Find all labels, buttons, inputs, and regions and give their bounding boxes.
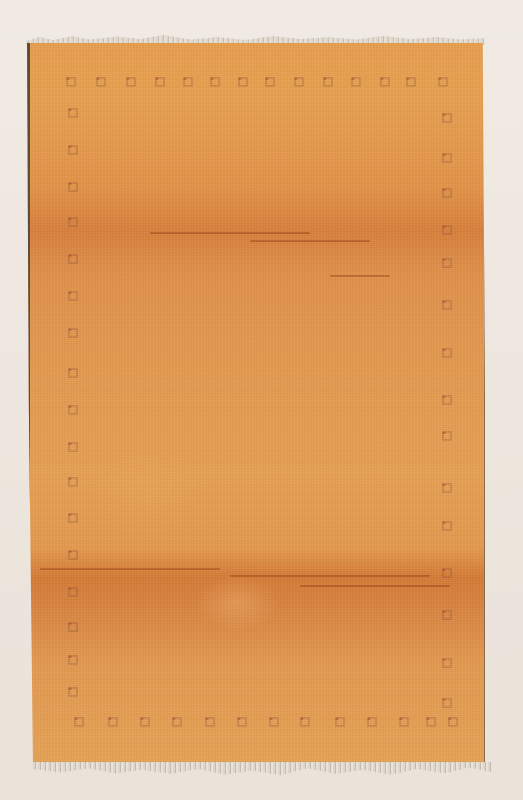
square-motif-top <box>67 78 76 87</box>
square-motif-top <box>352 78 361 87</box>
square-motif-bottom <box>206 718 215 727</box>
square-motif-right <box>443 114 452 123</box>
square-motif-left <box>69 109 78 118</box>
square-motif-left <box>69 551 78 560</box>
square-motif-left <box>69 478 78 487</box>
square-motif-top <box>97 78 106 87</box>
square-motif-right <box>443 226 452 235</box>
square-motif-right <box>443 301 452 310</box>
pile-crease <box>330 275 390 277</box>
square-motif-left <box>69 329 78 338</box>
square-motif-right <box>443 522 452 531</box>
square-motif-top <box>211 78 220 87</box>
square-motif-left <box>69 623 78 632</box>
square-motif-top <box>295 78 304 87</box>
square-motif-right <box>443 611 452 620</box>
square-motif-left <box>69 588 78 597</box>
square-motif-right <box>443 659 452 668</box>
pile-crease <box>230 575 430 577</box>
square-motif-bottom <box>173 718 182 727</box>
square-motif-top <box>239 78 248 87</box>
square-motif-bottom <box>238 718 247 727</box>
square-motif-left <box>69 255 78 264</box>
square-motif-left <box>69 443 78 452</box>
square-motif-top <box>156 78 165 87</box>
square-motif-right <box>443 569 452 578</box>
pile-crease <box>300 585 450 587</box>
square-motif-bottom <box>400 718 409 727</box>
square-motif-bottom <box>109 718 118 727</box>
square-motif-left <box>69 146 78 155</box>
rug-bottom-fringe <box>33 762 491 776</box>
square-motif-bottom <box>75 718 84 727</box>
square-motif-left <box>69 218 78 227</box>
square-motif-right <box>443 699 452 708</box>
square-motif-left <box>69 183 78 192</box>
square-motif-bottom <box>270 718 279 727</box>
square-motif-top <box>184 78 193 87</box>
square-motif-top <box>127 78 136 87</box>
square-motif-top <box>439 78 448 87</box>
square-motif-left <box>69 656 78 665</box>
pile-crease <box>150 232 310 234</box>
square-motif-bottom <box>141 718 150 727</box>
square-motif-right <box>443 259 452 268</box>
square-motif-right <box>443 432 452 441</box>
square-motif-left <box>69 369 78 378</box>
square-motif-top <box>266 78 275 87</box>
square-motif-bottom <box>427 718 436 727</box>
square-motif-left <box>69 292 78 301</box>
square-motif-left <box>69 688 78 697</box>
square-motif-left <box>69 406 78 415</box>
square-motif-bottom <box>336 718 345 727</box>
square-motif-right <box>443 396 452 405</box>
square-motif-top <box>407 78 416 87</box>
square-motif-right <box>443 154 452 163</box>
square-motif-right <box>443 484 452 493</box>
square-motif-top <box>381 78 390 87</box>
square-motif-right <box>443 349 452 358</box>
rug <box>27 43 485 765</box>
pile-crease <box>40 568 220 570</box>
square-motif-right <box>443 189 452 198</box>
square-motif-bottom <box>449 718 458 727</box>
square-motif-bottom <box>368 718 377 727</box>
square-motif-bottom <box>301 718 310 727</box>
square-motif-left <box>69 514 78 523</box>
pile-crease <box>250 240 370 242</box>
square-motif-top <box>324 78 333 87</box>
photo-scene <box>0 0 523 800</box>
